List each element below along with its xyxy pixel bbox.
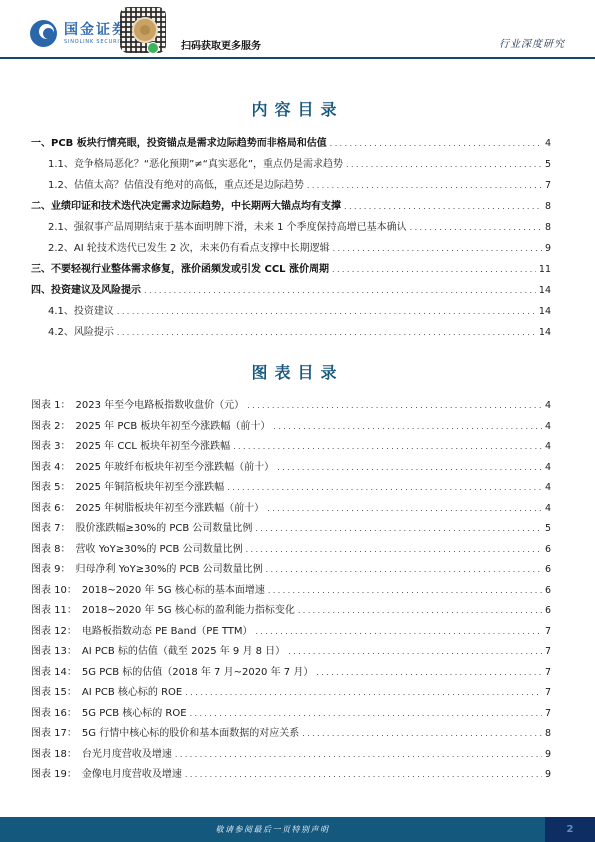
figure-description: 电路板指数动态 PE Band（PE TTM） xyxy=(82,622,253,643)
figure-number: 图表 4： xyxy=(31,458,71,479)
dot-leader xyxy=(344,196,542,217)
figure-page-number: 9 xyxy=(545,765,551,786)
page-footer: 敬请参阅最后一页特别声明 2 xyxy=(0,817,595,842)
dot-leader xyxy=(117,301,536,322)
figure-description: AI PCB 核心标的 ROE xyxy=(82,683,182,704)
figure-page-number: 5 xyxy=(545,519,551,540)
figure-page-number: 4 xyxy=(545,396,551,417)
figure-number: 图表 6： xyxy=(31,499,71,520)
dot-leader xyxy=(255,622,541,643)
dot-leader xyxy=(410,217,542,238)
figure-row[interactable]: 图表 9： 归母净利 YoY≥30%的 PCB 公司数量比例 6 xyxy=(31,560,551,581)
figure-number: 图表 13： xyxy=(31,642,77,663)
figure-description: 营收 YoY≥30%的 PCB 公司数量比例 xyxy=(76,540,243,561)
qr-caption: 扫码获取更多服务 xyxy=(181,37,261,52)
figure-row[interactable]: 图表 19： 金像电月度营收及增速 9 xyxy=(31,765,551,786)
toc-row[interactable]: 一、PCB 板块行情亮眼，投资锚点是需求边际趋势而非格局和估值 4 xyxy=(31,133,551,154)
dot-leader xyxy=(346,154,542,175)
dot-leader xyxy=(277,458,542,479)
dot-leader xyxy=(316,663,542,684)
dot-leader xyxy=(255,519,542,540)
figure-page-number: 7 xyxy=(545,683,551,704)
figure-row[interactable]: 图表 7： 股价涨跌幅≥30%的 PCB 公司数量比例 5 xyxy=(31,519,551,540)
report-page: 国金证券 SINOLINK SECURITIES 扫码获取更多服务 行业深度研究… xyxy=(0,0,595,842)
toc-entry-label: 四、投资建议及风险提示 xyxy=(31,280,141,301)
dot-leader xyxy=(246,540,542,561)
sinolink-logo-icon xyxy=(30,20,57,47)
toc-row[interactable]: 1.2、估值太高？估值没有绝对的高低，重点还是边际趋势 7 xyxy=(31,175,551,196)
figure-description: 金像电月度营收及增速 xyxy=(82,765,182,786)
figure-row[interactable]: 图表 12： 电路板指数动态 PE Band（PE TTM） 7 xyxy=(31,622,551,643)
dot-leader xyxy=(247,396,542,417)
figure-page-number: 7 xyxy=(545,663,551,684)
toc-page-number: 4 xyxy=(545,133,551,154)
dot-leader xyxy=(144,280,536,301)
toc-title: 内容目录 xyxy=(0,97,595,120)
figure-number: 图表 16： xyxy=(31,704,77,725)
figure-row[interactable]: 图表 11： 2018~2020 年 5G 核心标的盈利能力指标变化 6 xyxy=(31,601,551,622)
figure-page-number: 4 xyxy=(545,458,551,479)
dot-leader xyxy=(273,417,542,438)
qr-code-icon xyxy=(120,7,166,53)
footer-page-badge: 2 xyxy=(545,817,595,842)
figure-page-number: 6 xyxy=(545,601,551,622)
toc-row[interactable]: 四、投资建议及风险提示 14 xyxy=(31,280,551,301)
page-content: 内容目录 一、PCB 板块行情亮眼，投资锚点是需求边际趋势而非格局和估值 4 1… xyxy=(0,59,595,786)
figure-row[interactable]: 图表 2： 2025 年 PCB 板块年初至今涨跌幅（前十） 4 xyxy=(31,417,551,438)
figure-page-number: 4 xyxy=(545,417,551,438)
figure-description: 2018~2020 年 5G 核心标的盈利能力指标变化 xyxy=(82,601,295,622)
toc-row[interactable]: 4.2、风险提示 14 xyxy=(31,322,551,343)
figure-number: 图表 3： xyxy=(31,437,71,458)
figure-description: 归母净利 YoY≥30%的 PCB 公司数量比例 xyxy=(76,560,263,581)
dot-leader xyxy=(298,601,542,622)
toc-row[interactable]: 4.1、投资建议 14 xyxy=(31,301,551,322)
figure-description: AI PCB 标的估值（截至 2025 年 9 月 8 日） xyxy=(82,642,285,663)
dot-leader xyxy=(185,683,542,704)
figure-page-number: 7 xyxy=(545,622,551,643)
toc-entry-label: 一、PCB 板块行情亮眼，投资锚点是需求边际趋势而非格局和估值 xyxy=(31,133,327,154)
figure-number: 图表 19： xyxy=(31,765,77,786)
dot-leader xyxy=(175,745,542,766)
dot-leader xyxy=(267,499,542,520)
toc-page-number: 9 xyxy=(545,238,551,259)
figure-row[interactable]: 图表 6： 2025 年树脂板块年初至今涨跌幅（前十） 4 xyxy=(31,499,551,520)
figures-title: 图表目录 xyxy=(0,360,595,383)
dot-leader xyxy=(332,259,536,280)
dot-leader xyxy=(288,642,542,663)
figure-number: 图表 17： xyxy=(31,724,77,745)
toc-row[interactable]: 2.2、AI 轮技术迭代已发生 2 次，未来仍有看点支撑中长期逻辑 9 xyxy=(31,238,551,259)
dot-leader xyxy=(185,765,542,786)
toc-page-number: 14 xyxy=(539,322,551,343)
figure-number: 图表 1： xyxy=(31,396,71,417)
toc-page-number: 7 xyxy=(545,175,551,196)
figure-description: 5G PCB 标的估值（2018 年 7 月~2020 年 7 月） xyxy=(82,663,313,684)
toc-entry-label: 4.1、投资建议 xyxy=(48,301,114,322)
figure-row[interactable]: 图表 17： 5G 行情中核心标的股价和基本面数据的对应关系 8 xyxy=(31,724,551,745)
dot-leader xyxy=(266,560,542,581)
toc-row[interactable]: 2.1、强叙事产品周期结束于基本面明牌下滑，未来 1 个季度保持高增已基本确认 … xyxy=(31,217,551,238)
dot-leader xyxy=(307,175,542,196)
toc-row[interactable]: 1.1、竞争格局恶化？“恶化预期”≠“真实恶化”，重点仍是需求趋势 5 xyxy=(31,154,551,175)
figure-page-number: 7 xyxy=(545,704,551,725)
figure-description: 股价涨跌幅≥30%的 PCB 公司数量比例 xyxy=(76,519,253,540)
figure-number: 图表 11： xyxy=(31,601,77,622)
figure-number: 图表 9： xyxy=(31,560,71,581)
figure-page-number: 7 xyxy=(545,642,551,663)
toc-page-number: 14 xyxy=(539,301,551,322)
dot-leader xyxy=(302,724,542,745)
figure-row[interactable]: 图表 13： AI PCB 标的估值（截至 2025 年 9 月 8 日） 7 xyxy=(31,642,551,663)
figure-number: 图表 12： xyxy=(31,622,77,643)
figure-row[interactable]: 图表 10： 2018~2020 年 5G 核心标的基本面增速 6 xyxy=(31,581,551,602)
page-header: 国金证券 SINOLINK SECURITIES 扫码获取更多服务 行业深度研究 xyxy=(0,0,595,59)
brand-logo: 国金证券 SINOLINK SECURITIES xyxy=(30,20,134,47)
figure-page-number: 6 xyxy=(545,560,551,581)
figure-row[interactable]: 图表 1： 2023 年至今电路板指数收盘价（元） 4 xyxy=(31,396,551,417)
figure-number: 图表 14： xyxy=(31,663,77,684)
figure-number: 图表 2： xyxy=(31,417,71,438)
figure-page-number: 4 xyxy=(545,478,551,499)
figure-number: 图表 8： xyxy=(31,540,71,561)
figure-row[interactable]: 图表 14： 5G PCB 标的估值（2018 年 7 月~2020 年 7 月… xyxy=(31,663,551,684)
toc-page-number: 8 xyxy=(545,217,551,238)
figure-page-number: 8 xyxy=(545,724,551,745)
figure-page-number: 4 xyxy=(545,499,551,520)
toc-entry-label: 2.1、强叙事产品周期结束于基本面明牌下滑，未来 1 个季度保持高增已基本确认 xyxy=(48,217,407,238)
figure-description: 2025 年玻纤布板块年初至今涨跌幅（前十） xyxy=(76,458,275,479)
footer-disclaimer: 敬请参阅最后一页特别声明 xyxy=(0,817,545,842)
figure-page-number: 6 xyxy=(545,540,551,561)
toc-entry-label: 1.2、估值太高？估值没有绝对的高低，重点还是边际趋势 xyxy=(48,175,304,196)
figure-description: 2025 年铜箔板块年初至今涨跌幅 xyxy=(76,478,225,499)
figure-number: 图表 18： xyxy=(31,745,77,766)
toc-page-number: 8 xyxy=(545,196,551,217)
figure-description: 2023 年至今电路板指数收盘价（元） xyxy=(76,396,245,417)
toc-row[interactable]: 二、业绩印证和技术迭代决定需求边际趋势，中长期两大锚点均有支撑 8 xyxy=(31,196,551,217)
dot-leader xyxy=(233,437,542,458)
toc-entry-label: 1.1、竞争格局恶化？“恶化预期”≠“真实恶化”，重点仍是需求趋势 xyxy=(48,154,343,175)
figure-number: 图表 10： xyxy=(31,581,77,602)
toc-list: 一、PCB 板块行情亮眼，投资锚点是需求边际趋势而非格局和估值 4 1.1、竞争… xyxy=(31,133,551,343)
figure-row[interactable]: 图表 18： 台光月度营收及增速 9 xyxy=(31,745,551,766)
figure-row[interactable]: 图表 8： 营收 YoY≥30%的 PCB 公司数量比例 6 xyxy=(31,540,551,561)
figure-page-number: 9 xyxy=(545,745,551,766)
figure-description: 2025 年树脂板块年初至今涨跌幅（前十） xyxy=(76,499,265,520)
figure-description: 2025 年 CCL 板块年初至今涨跌幅 xyxy=(76,437,231,458)
figure-row[interactable]: 图表 4： 2025 年玻纤布板块年初至今涨跌幅（前十） 4 xyxy=(31,458,551,479)
figure-description: 5G PCB 核心标的 ROE xyxy=(82,704,187,725)
toc-page-number: 11 xyxy=(539,259,551,280)
figure-description: 2025 年 PCB 板块年初至今涨跌幅（前十） xyxy=(76,417,271,438)
dot-leader xyxy=(117,322,536,343)
figure-number: 图表 5： xyxy=(31,478,71,499)
dot-leader xyxy=(330,133,542,154)
toc-page-number: 14 xyxy=(539,280,551,301)
figure-number: 图表 15： xyxy=(31,683,77,704)
toc-page-number: 5 xyxy=(545,154,551,175)
figure-row[interactable]: 图表 3： 2025 年 CCL 板块年初至今涨跌幅 4 xyxy=(31,437,551,458)
toc-row[interactable]: 三、不要轻视行业整体需求修复，涨价函频发或引发 CCL 涨价周期 11 xyxy=(31,259,551,280)
figure-row[interactable]: 图表 15： AI PCB 核心标的 ROE 7 xyxy=(31,683,551,704)
figure-number: 图表 7： xyxy=(31,519,71,540)
figures-list: 图表 1： 2023 年至今电路板指数收盘价（元） 4 图表 2： 2025 年… xyxy=(31,396,551,786)
dot-leader xyxy=(227,478,542,499)
toc-entry-label: 4.2、风险提示 xyxy=(48,322,114,343)
dot-leader xyxy=(190,704,542,725)
figure-row[interactable]: 图表 5： 2025 年铜箔板块年初至今涨跌幅 4 xyxy=(31,478,551,499)
report-type-label: 行业深度研究 xyxy=(499,35,565,50)
qr-wechat-dot-icon xyxy=(147,42,159,54)
dot-leader xyxy=(268,581,542,602)
figure-page-number: 6 xyxy=(545,581,551,602)
figure-description: 2018~2020 年 5G 核心标的基本面增速 xyxy=(82,581,265,602)
toc-entry-label: 2.2、AI 轮技术迭代已发生 2 次，未来仍有看点支撑中长期逻辑 xyxy=(48,238,330,259)
qr-center-seal-icon xyxy=(132,17,158,43)
figure-row[interactable]: 图表 16： 5G PCB 核心标的 ROE 7 xyxy=(31,704,551,725)
dot-leader xyxy=(333,238,542,259)
toc-entry-label: 二、业绩印证和技术迭代决定需求边际趋势，中长期两大锚点均有支撑 xyxy=(31,196,341,217)
toc-entry-label: 三、不要轻视行业整体需求修复，涨价函频发或引发 CCL 涨价周期 xyxy=(31,259,329,280)
figure-description: 5G 行情中核心标的股价和基本面数据的对应关系 xyxy=(82,724,299,745)
figure-page-number: 4 xyxy=(545,437,551,458)
figure-description: 台光月度营收及增速 xyxy=(82,745,172,766)
